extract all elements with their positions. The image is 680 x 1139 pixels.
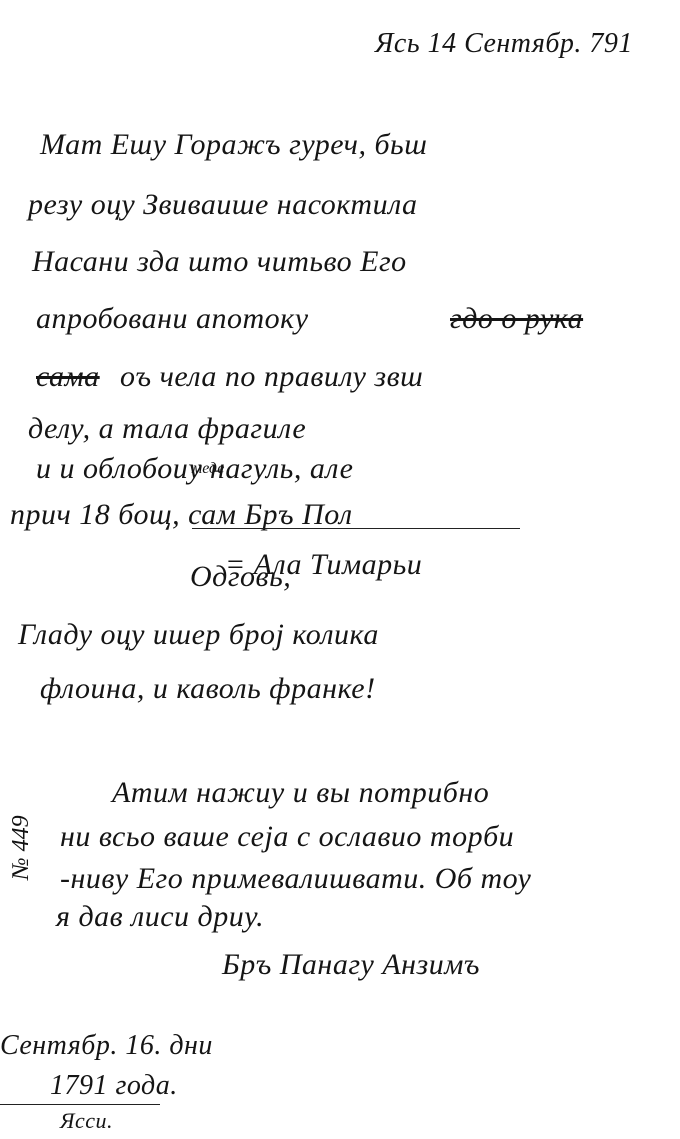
letter-line: прич 18 бощ, сам Бръ Пол (10, 498, 353, 532)
signature: Бръ Панагу Анзимъ (222, 948, 480, 982)
footer-line: Ясси. (60, 1108, 113, 1134)
struck-fragment: гдо о рука (450, 302, 583, 336)
letter-line: резу оцу Звиваише насоктила (28, 188, 418, 222)
closing-line: Атим нажиу и вы потрибно (112, 776, 489, 810)
margin-number: № 449 (8, 815, 35, 880)
closing-line: я дав лиси дриу. (56, 900, 264, 934)
letter-line: делу, а тала фрагиле (28, 412, 306, 446)
response-heading: Одговь, (190, 560, 291, 594)
letter-line: Мат Ешу Горажъ гуреч, бьш (40, 128, 427, 162)
response-line: флоина, и каволь франке! (40, 672, 376, 706)
footer-line: 1791 года. (50, 1070, 178, 1102)
closing-line: ни всьо ваше сеја с ославио торби (60, 820, 514, 854)
letter-line: оъ чела по правилу звш (120, 360, 423, 394)
letter-line: апробовани апотоку (36, 302, 309, 336)
footer-line: Сентябр. 16. дни (0, 1030, 213, 1062)
closing-line: -ниву Его примевалишвати. Об тоу (60, 862, 531, 896)
letter-line: и и облобоиу нагуль, але (36, 452, 353, 486)
footer-rule (0, 1104, 160, 1105)
letter-line: Насани зда што читьво Его (32, 245, 407, 279)
struck-fragment: сама (36, 360, 100, 394)
header-date: Ясь 14 Сентябр. 791 (375, 28, 633, 60)
section-divider (192, 528, 520, 529)
response-line: Гладу оцу ишер број колика (18, 618, 379, 652)
